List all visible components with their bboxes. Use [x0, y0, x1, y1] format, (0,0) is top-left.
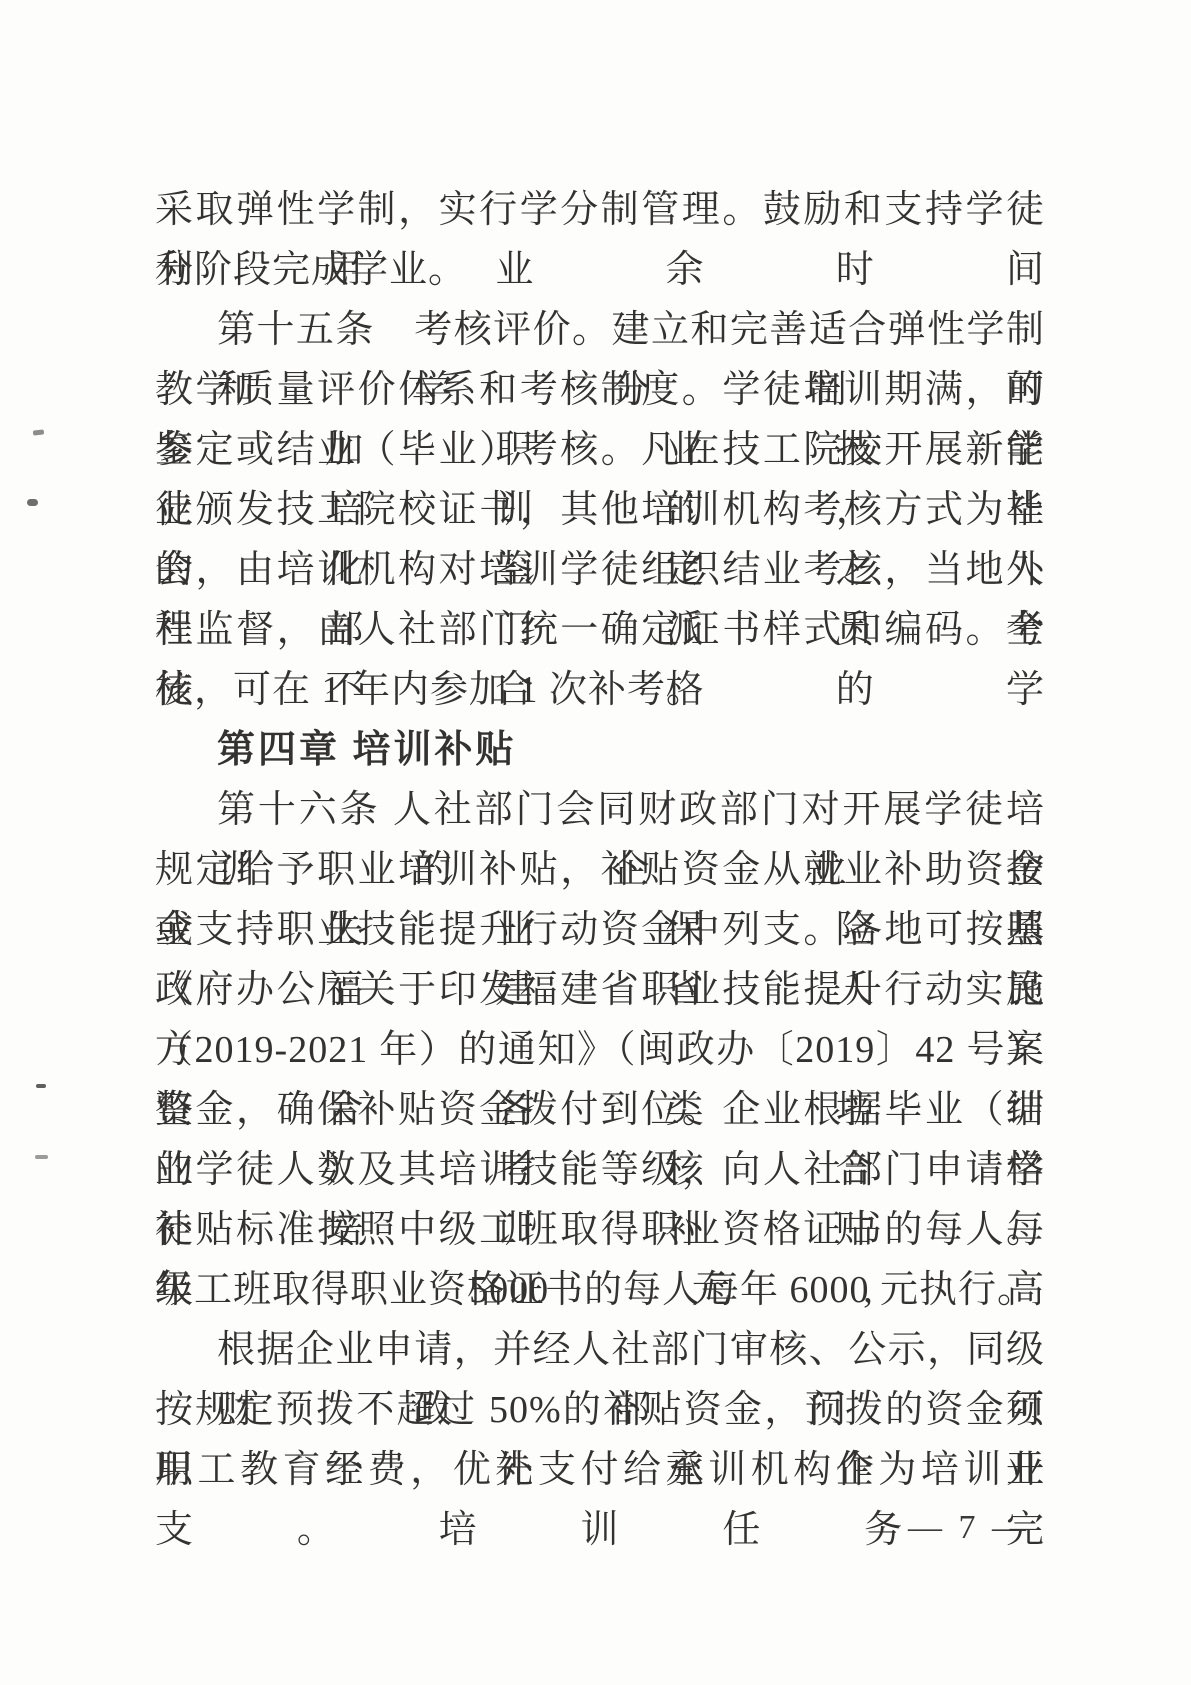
text-line: 程监督，由人社部门统一确定证书样式和编码。考核不合格的学: [155, 600, 1045, 660]
text-line: 政府办公厅关于印发福建省职业技能提升行动实施方案: [155, 960, 1045, 1020]
text-line: 规定给予职业培训补贴，补贴资金从就业补助资金或失业保险基: [155, 840, 1045, 900]
scan-speck: [27, 499, 38, 506]
text-line: 按规定预拨不超过 50%的补贴资金，预拨的资金须用于补充企业: [155, 1380, 1045, 1440]
chapter-heading: 第四章 培训补贴: [155, 720, 1045, 780]
text-line: 第十六条 人社部门会同财政部门对开展学徒培训的企业按: [155, 780, 1045, 840]
text-line: （2019-2021 年）的通知》（闽政办〔2019〕42 号）整合各类培训: [155, 1020, 1045, 1080]
text-line: 资金，确保补贴资金拨付到位。企业根据毕业（结业）考核合格: [155, 1080, 1045, 1140]
text-line: 根据企业申请，并经人社部门审核、公示，同级财政部门可: [155, 1320, 1045, 1380]
text-line: 的学徒人数及其培训技能等级，向人社部门申请学徒培训补贴。: [155, 1140, 1045, 1200]
text-line: 业颁发技工院校证书，其他培训机构考核方式为社会化鉴定之外: [155, 480, 1045, 540]
text-line: 职工教育经费，优先支付给承训机构作为培训开支。培训任务完: [155, 1440, 1045, 1500]
text-line: 金支持职业技能提升行动资金中列支。各地可按照《福建省人民: [155, 900, 1045, 960]
text-line: 采取弹性学制，实行学分制管理。鼓励和支持学徒利用业余时间: [155, 180, 1045, 240]
document-lines: 采取弹性学制，实行学分制管理。鼓励和支持学徒利用业余时间分阶段完成学业。第十五条…: [155, 180, 1045, 1500]
page-number: — 7 —: [908, 1500, 1030, 1556]
scan-speck: [33, 429, 44, 435]
scan-speck: [36, 1084, 46, 1088]
text-line: 鉴定或结业（毕业）考核。凡在技工院校开展新学徒培训的，毕: [155, 420, 1045, 480]
text-line: 级工班取得职业资格证书的每人每年 6000 元执行。: [155, 1260, 1045, 1320]
scan-speck: [35, 1155, 48, 1159]
text-line: 第十五条 考核评价。建立和完善适合弹性学制和学分制的: [155, 300, 1045, 360]
text-line: 教学质量评价体系和考核制度。学徒培训期满，可参加职业技能: [155, 360, 1045, 420]
text-line: 的，由培训机构对培训学徒组织结业考核，当地人社部门派员全: [155, 540, 1045, 600]
scanned-document-page: 采取弹性学制，实行学分制管理。鼓励和支持学徒利用业余时间分阶段完成学业。第十五条…: [0, 0, 1191, 1685]
text-line: 补贴标准按照中级工班取得职业资格证书的每人每年 5000 元,高: [155, 1200, 1045, 1260]
